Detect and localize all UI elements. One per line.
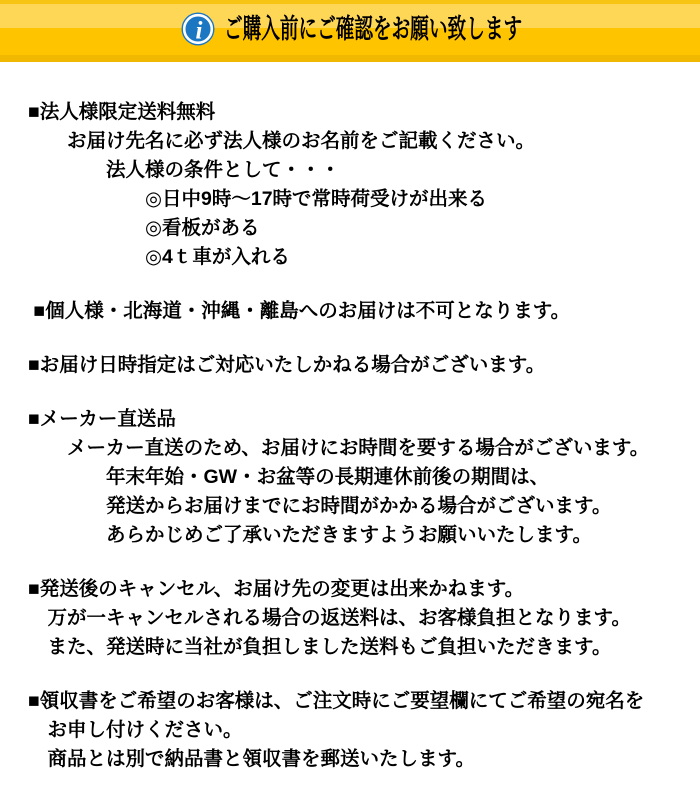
notice-section: ■メーカー直送品 メーカー直送のため、お届けにお時間を要する場合がございます。 …: [28, 405, 700, 550]
notice-line: ■法人様限定送料無料: [28, 98, 700, 127]
notice-body: ■法人様限定送料無料 お届け先名に必ず法人様のお名前をご記載ください。 法人様の…: [0, 62, 700, 774]
notice-section: ■発送後のキャンセル、お届け先の変更は出来かねます。 万が一キャンセルされる場合…: [28, 575, 700, 662]
notice-line: 万が一キャンセルされる場合の返送料は、お客様負担となります。: [28, 604, 700, 633]
notice-line: お届け先名に必ず法人様のお名前をご記載ください。: [28, 127, 700, 156]
notice-line: ◎4ｔ車が入れる: [28, 243, 700, 272]
notice-line: ■発送後のキャンセル、お届け先の変更は出来かねます。: [28, 575, 700, 604]
notice-section: ■法人様限定送料無料 お届け先名に必ず法人様のお名前をご記載ください。 法人様の…: [28, 98, 700, 272]
notice-line: また、発送時に当社が負担しました送料もご負担いただきます。: [28, 633, 700, 662]
notice-section: ■個人様・北海道・沖縄・離島へのお届けは不可となります。: [28, 297, 700, 326]
notice-line: メーカー直送のため、お届けにお時間を要する場合がございます。: [28, 434, 700, 463]
banner-title-wrap: ご購入前にご確認をお願い致します: [224, 11, 520, 47]
svg-text:i: i: [195, 17, 202, 44]
notice-line: ■メーカー直送品: [28, 405, 700, 434]
notice-line: ■領収書をご希望のお客様は、ご注文時にご要望欄にてご希望の宛名を: [28, 687, 700, 716]
notice-line: ◎日中9時～17時で常時荷受けが出来る: [28, 185, 700, 214]
notice-line: 商品とは別で納品書と領収書を郵送いたします。: [28, 745, 700, 774]
notice-line: お申し付けください。: [28, 716, 700, 745]
notice-line: あらかじめご了承いただきますようお願いいたします。: [28, 521, 700, 550]
notice-section: ■お届け日時指定はご対応いたしかねる場合がございます。: [28, 351, 700, 380]
notice-line: 年末年始・GW・お盆等の長期連休前後の期間は、: [28, 463, 700, 492]
info-icon: i: [181, 12, 215, 46]
notice-line: ◎看板がある: [28, 214, 700, 243]
banner-title-row: i ご購入前にご確認をお願い致します: [0, 0, 700, 57]
notice-line: 法人様の条件として・・・: [28, 156, 700, 185]
confirmation-banner: i ご購入前にご確認をお願い致します: [0, 0, 700, 62]
notice-line: ■個人様・北海道・沖縄・離島へのお届けは不可となります。: [28, 297, 700, 326]
banner-title: ご購入前にご確認をお願い致します: [224, 11, 522, 47]
notice-line: ■お届け日時指定はご対応いたしかねる場合がございます。: [28, 351, 700, 380]
notice-line: 発送からお届けまでにお時間がかかる場合がございます。: [28, 492, 700, 521]
notice-section: ■領収書をご希望のお客様は、ご注文時にご要望欄にてご希望の宛名を お申し付けくだ…: [28, 687, 700, 774]
